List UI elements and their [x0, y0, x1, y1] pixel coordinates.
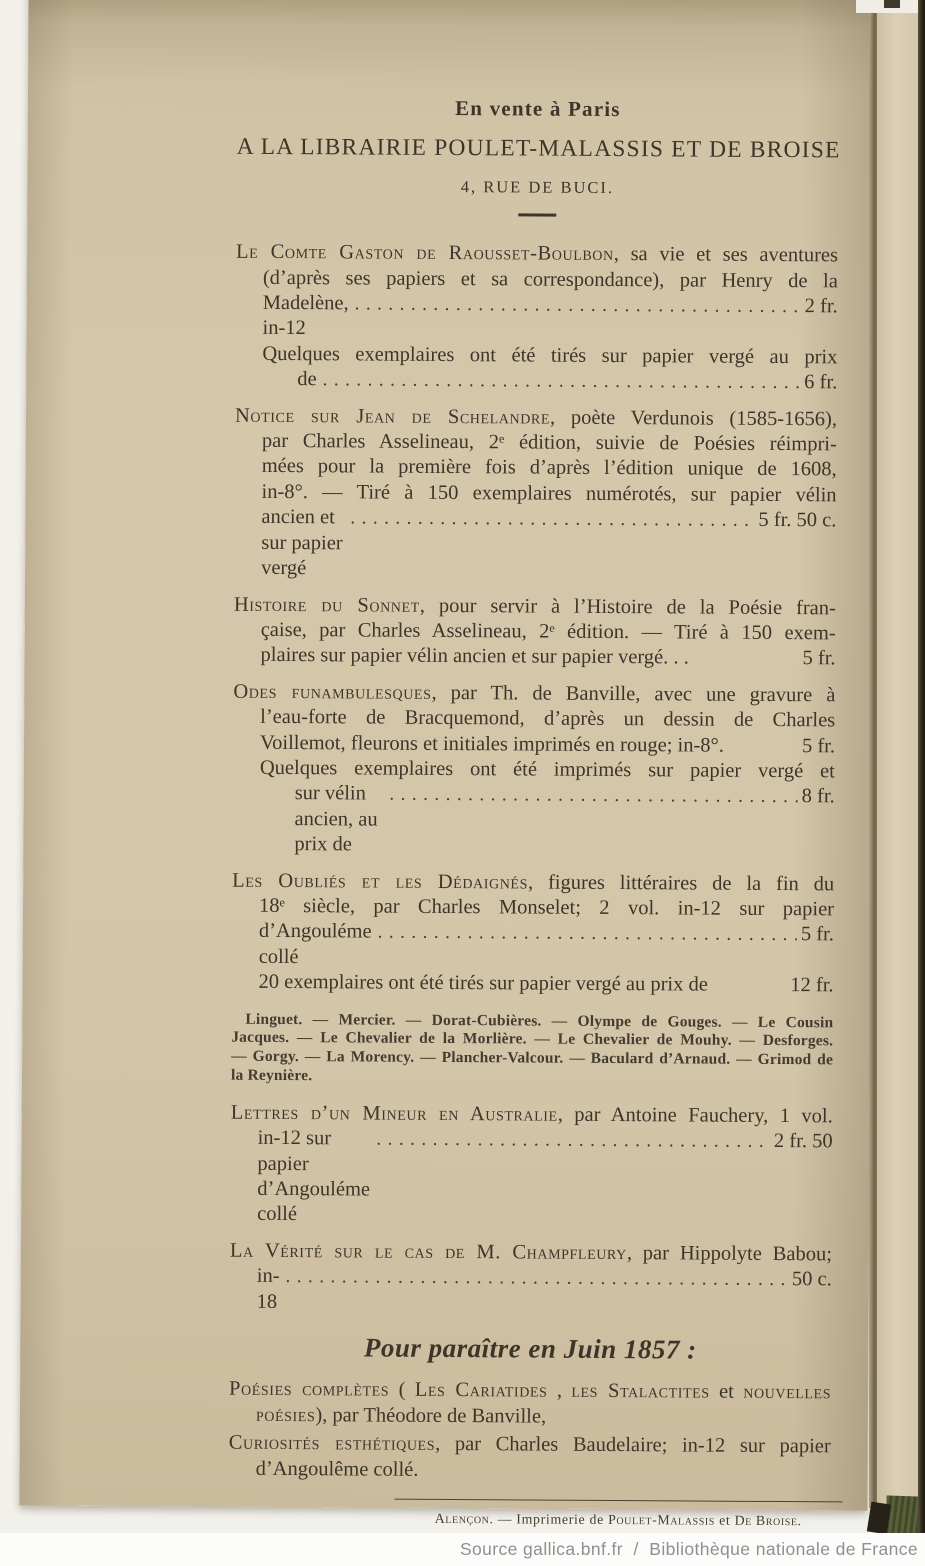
gallica-attribution-bar: Source gallica.bnf.fr / Bibliothèque nat… [0, 1533, 925, 1566]
catalog-line: poésies), par Théodore de Banville, [229, 1403, 831, 1432]
catalog-line: Le Comte Gaston de Raousset-Boulbon, sa … [236, 240, 838, 269]
scanned-page: En vente à Paris A LA LIBRAIRIE POULET-M… [19, 0, 876, 1511]
price-value: 8 fr. [798, 784, 835, 810]
catalog-line: in-12 sur papier d’Angouléme collé......… [230, 1126, 833, 1231]
catalog-entry-oublies-names-note: Linguet. — Mercier. — Dorat-Cubières. — … [231, 1010, 833, 1089]
catalog-line: Odes funambulesques, par Th. de Banville… [233, 679, 835, 708]
price-value: 2 fr. [801, 294, 838, 320]
catalog-line: Madelène, in-12.........................… [235, 291, 837, 345]
catalog-entry-histoire-du-sonnet: Histoire du Sonnet, pour servir à l’Hist… [233, 592, 835, 672]
catalog-line: — Gorgy. — La Morency. — Plancher-Valcou… [231, 1048, 833, 1070]
dot-leader: ........................................… [344, 506, 754, 534]
price-value: 5 fr. [798, 646, 835, 672]
catalog-line: Quelques exemplaires ont été imprimés su… [233, 756, 835, 785]
catalog-line: (d’après ses papiers et sa correspondanc… [236, 265, 838, 294]
dot-leader: ........................................… [372, 920, 797, 948]
green-binding-edge [885, 1495, 920, 1534]
catalog-line: Voillemot, fleurons et initiales imprimé… [233, 730, 835, 759]
catalog-line: par Charles Asselineau, 2ᵉ édition, suiv… [235, 429, 837, 458]
catalog-line: d’Angouléme collé.......................… [232, 919, 834, 973]
catalog-line: la Reynière. [231, 1067, 833, 1089]
price-value: 5 fr. 50 c. [754, 508, 836, 534]
header-rule [518, 214, 556, 217]
catalog-line: d’Angoulême collé. [229, 1456, 831, 1485]
price-value: 2 fr. 50 [770, 1129, 833, 1155]
header-sale-line: En vente à Paris [237, 95, 839, 124]
attribution-text: Source gallica.bnf.fr / Bibliothèque nat… [460, 1539, 918, 1560]
catalog-line: de......................................… [235, 367, 837, 396]
catalog-entry-curiosites-esthetiques-baudelaire: Curiosités esthétiques, par Charles Baud… [229, 1431, 831, 1485]
book-cover-edge [918, 0, 925, 1534]
printer-imprint: Alençon. — Imprimerie de Poulet-Malassis… [394, 1499, 842, 1534]
dot-leader: ........................................… [383, 782, 797, 810]
dot-leader: ........................................… [370, 1127, 770, 1155]
dot-leader: ........................................… [279, 1264, 788, 1293]
price-value: 6 fr. [800, 370, 837, 396]
page-content: En vente à Paris A LA LIBRAIRIE POULET-M… [228, 95, 839, 1534]
catalog-line: Poésies complètes ( Les Cariatides , les… [229, 1377, 831, 1406]
price-value: 5 fr. [798, 734, 835, 760]
dot-leader [689, 664, 799, 665]
catalog-line: 20 exemplaires ont été tirés sur papier … [231, 970, 833, 999]
header-address-line: 4, RUE DE BUCI. [236, 173, 838, 202]
catalog-line: sur vélin ancien, au prix de............… [232, 781, 834, 861]
catalog-line: Lettres d’un Mineur en Australie, par An… [231, 1100, 833, 1129]
catalog-line: Quelques exemplaires ont été tirés sur p… [235, 342, 837, 371]
catalog-entry-verite-cas-champfleury: La Vérité sur le cas de M. Champfleury, … [230, 1238, 832, 1318]
top-edge-notch [884, 0, 900, 8]
catalog-entry-odes-funambulesques: Odes funambulesques, par Th. de Banville… [232, 679, 835, 861]
catalog-line: Notice sur Jean de Schelandre, poète Ver… [235, 403, 837, 432]
dot-leader: ........................................… [317, 367, 801, 395]
catalog-line: 18ᵉ siècle, par Charles Monselet; 2 vol.… [232, 894, 834, 923]
price-value: 50 c. [788, 1267, 832, 1293]
header-librairie-line: A LA LIBRAIRIE POULET-MALASSIS ET DE BRO… [237, 135, 839, 164]
catalog-entry-notice-jean-de-schelandre: Notice sur Jean de Schelandre, poète Ver… [234, 403, 837, 585]
catalog-line: mées pour la première fois d’après l’édi… [235, 454, 837, 483]
price-value: 5 fr. [797, 923, 834, 949]
upcoming-section: Pour paraître en Juin 1857 : Poésies com… [229, 1335, 832, 1486]
dot-leader: ........................................… [349, 291, 801, 319]
upcoming-list: Poésies complètes ( Les Cariatides , les… [229, 1377, 832, 1485]
catalog-entry-oublies-et-dedaignes: Les Oubliés et les Dédaignés, figures li… [231, 868, 834, 999]
catalog-line: in-8°. — Tiré à 150 exemplaires numéroté… [234, 480, 836, 509]
catalog-line: l’eau-forte de Bracquemond, d’après un d… [233, 705, 835, 734]
upcoming-heading: Pour paraître en Juin 1857 : [229, 1335, 831, 1364]
price-value: 12 fr. [786, 973, 833, 999]
catalog-line: Curiosités esthétiques, par Charles Baud… [229, 1431, 831, 1460]
catalog-entry-lettres-mineur-australie: Lettres d’un Mineur en Australie, par An… [230, 1100, 833, 1231]
catalog-line: La Vérité sur le cas de M. Champfleury, … [230, 1238, 832, 1267]
catalog-entry-comte-gaston-raousset-boulbon: Le Comte Gaston de Raousset-Boulbon, sa … [235, 240, 838, 396]
catalog-line: plaires sur papier vélin ancien et sur p… [233, 643, 835, 672]
catalog-line: Les Oubliés et les Dédaignés, figures li… [232, 868, 834, 897]
catalog-line: Histoire du Sonnet, pour servir à l’Hist… [234, 592, 836, 621]
catalog-line: çaise, par Charles Asselineau, 2ᵉ éditio… [234, 618, 836, 647]
underlying-page-edge [877, 0, 919, 1505]
catalog-line: ancien et sur papier vergé..............… [234, 505, 836, 585]
catalog-entry-poesies-completes-banville: Poésies complètes ( Les Cariatides , les… [229, 1377, 831, 1431]
catalog-list: Le Comte Gaston de Raousset-Boulbon, sa … [230, 240, 839, 1318]
catalog-line: in-18...................................… [230, 1264, 832, 1318]
